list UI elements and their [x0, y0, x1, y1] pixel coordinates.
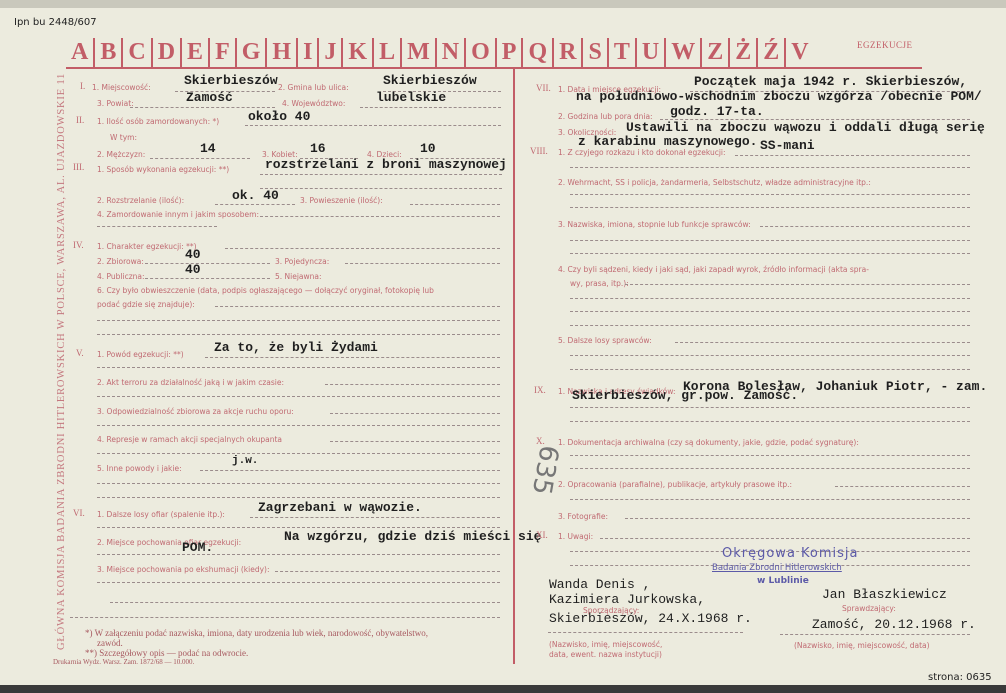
index-letter-15: P — [495, 38, 522, 68]
field-line — [570, 194, 970, 195]
field-line — [570, 167, 970, 168]
field-line — [145, 278, 270, 279]
field-line — [97, 483, 500, 484]
roman-III: III. — [73, 162, 84, 172]
roman-XI: XI. — [536, 530, 548, 540]
field-line — [130, 107, 275, 108]
field-line — [760, 226, 970, 227]
value-ilosc[interactable]: około 40 — [248, 109, 310, 124]
field-line — [835, 486, 970, 487]
value-inne-powody[interactable]: j.w. — [232, 455, 258, 467]
field-line — [97, 425, 500, 426]
index-letter-9: J — [317, 38, 341, 68]
label-obwieszczenie: 6. Czy było obwieszczenie (data, podpis … — [97, 286, 434, 295]
field-line — [245, 125, 501, 126]
field-line — [325, 384, 500, 385]
field-line — [97, 226, 217, 227]
label-ilosc: 1. Ilość osób zamordowanych: *) — [97, 117, 219, 126]
verifier-role: Sprawdzający: — [842, 604, 896, 613]
field-line — [215, 204, 295, 205]
value-powod[interactable]: Za to, że byli Żydami — [214, 340, 378, 355]
roman-IX: IX. — [534, 385, 546, 395]
stamp-line-1: Okręgowa Komisja — [722, 546, 859, 561]
label-represje: 4. Represje w ramach akcji specjalnych o… — [97, 435, 282, 444]
value-rozstrzelanie[interactable]: ok. 40 — [232, 188, 279, 203]
field-line — [110, 602, 500, 603]
value-data-miejsce-2[interactable]: na południowo-wschodnim zboczu wzgórza /… — [576, 89, 982, 104]
value-data-miejsce[interactable]: Początek maja 1942 r. Skierbieszów, — [694, 74, 967, 89]
field-line — [625, 284, 970, 285]
field-line — [330, 413, 500, 414]
column-divider — [513, 68, 515, 664]
roman-VIII: VIII. — [530, 146, 548, 156]
field-line — [570, 499, 970, 500]
field-line — [675, 342, 970, 343]
roman-VII: VII. — [536, 83, 551, 93]
field-line — [570, 369, 970, 370]
value-kobiet[interactable]: 16 — [310, 141, 326, 156]
value-dzieci[interactable]: 10 — [420, 141, 436, 156]
field-line — [570, 207, 970, 208]
label-ekshumacja: 3. Miejsce pochowania po ekshumacji (kie… — [97, 565, 270, 574]
field-line — [570, 311, 970, 312]
value-mezczyzn[interactable]: 14 — [200, 141, 216, 156]
index-letter-25: V — [784, 38, 813, 68]
label-zbiorowa: 2. Zbiorowa: — [97, 257, 144, 266]
verifier-caption: (Nazwisko, imię, miejscowość, data) — [794, 641, 930, 650]
value-powiat[interactable]: Zamość — [186, 90, 233, 105]
index-letter-3: D — [151, 38, 180, 68]
index-letter-23: Ż — [728, 38, 756, 68]
alphabet-index: ABCDEFGHIJKLMNOPQRSTUWZŻŹV — [66, 38, 814, 68]
field-line — [360, 107, 501, 108]
label-wojewodztwo: 4. Województwo: — [282, 99, 345, 108]
field-line — [600, 538, 970, 539]
footnote-1b: zawód. — [97, 638, 123, 648]
index-letter-2: C — [121, 38, 150, 68]
field-line — [570, 421, 970, 422]
preparer-caption-2: data, ewent. nazwa instytucji) — [549, 650, 662, 659]
field-line — [570, 455, 970, 456]
label-miejsce-pochowania: 2. Miejsce pochowania ofiar egzekucji: — [97, 538, 241, 547]
value-losy-ofiar[interactable]: Zagrzebani w wąwozie. — [258, 500, 422, 515]
label-w-tym: W tym: — [110, 133, 137, 142]
label-powieszenie: 3. Powieszenie (ilość): — [300, 196, 383, 205]
index-letter-10: K — [341, 38, 372, 68]
label-niejawna: 5. Niejawna: — [275, 272, 322, 281]
field-line — [215, 306, 500, 307]
index-letter-7: H — [265, 38, 296, 68]
value-zbiorowa[interactable]: 40 — [185, 247, 201, 262]
label-pojedyncza: 3. Pojedyncza: — [275, 257, 329, 266]
field-line — [200, 470, 500, 471]
signature-line — [780, 634, 970, 635]
verifier-place-date: Zamość, 20.12.1968 r. — [812, 617, 976, 632]
field-line — [410, 204, 500, 205]
value-gmina[interactable]: Skierbieszów — [383, 73, 477, 88]
value-wojewodztwo[interactable]: lubelskie — [376, 90, 446, 105]
field-line — [260, 174, 502, 175]
preparer-place-date: Skierbieszów, 24.X.1968 r. — [549, 611, 752, 626]
field-line — [345, 263, 500, 264]
form-title: EGZEKUCJE — [857, 40, 913, 50]
index-letter-20: U — [635, 38, 664, 68]
field-line — [570, 240, 970, 241]
verifier-name: Jan Błaszkiewicz — [822, 587, 947, 602]
field-line — [97, 453, 500, 454]
label-zamordowanie: 4. Zamordowanie innym i jakim sposobem: — [97, 210, 259, 219]
index-letter-1: B — [93, 38, 121, 68]
field-line — [97, 367, 500, 368]
index-letter-19: T — [607, 38, 635, 68]
roman-I: I. — [80, 81, 85, 91]
value-okolicznosci-2[interactable]: z karabinu maszynowego. — [578, 134, 757, 149]
page-number: strona: 0635 — [928, 672, 992, 683]
value-sposob[interactable]: rozstrzelani z broni maszynowej — [265, 157, 507, 172]
bottom-edge — [0, 685, 1006, 693]
field-line — [275, 571, 500, 572]
index-letter-12: M — [400, 38, 435, 68]
value-godzina[interactable]: godz. 17-ta. — [670, 104, 764, 119]
value-rozkaz[interactable]: SS-mani — [760, 138, 815, 153]
index-letter-18: S — [581, 38, 606, 68]
field-line — [97, 320, 500, 321]
field-line — [150, 158, 250, 159]
label-miejscowosc: 1. Miejscowość: — [92, 83, 151, 92]
form-sheet — [0, 8, 1006, 685]
index-letter-24: Ź — [756, 38, 784, 68]
label-mezczyzn: 2. Mężczyzn: — [97, 150, 145, 159]
label-sadzeni: 4. Czy byli sądzeni, kiedy i jaki sąd, j… — [558, 265, 869, 274]
field-line — [570, 298, 970, 299]
field-line — [735, 155, 970, 156]
field-line — [570, 355, 970, 356]
roman-V: V. — [76, 348, 84, 358]
index-letter-5: F — [208, 38, 235, 68]
index-letter-14: O — [464, 38, 495, 68]
top-edge — [0, 0, 1006, 8]
label-fotografie: 3. Fotografie: — [558, 512, 608, 521]
field-line — [70, 617, 500, 618]
label-akt-terroru: 2. Akt terroru za działalność jaką i w j… — [97, 378, 284, 387]
archive-reference: Ipn bu 2448/607 — [14, 17, 97, 28]
roman-VI: VI. — [73, 508, 85, 518]
index-letter-22: Z — [700, 38, 728, 68]
label-formacje: 2. Wehrmacht, SS i policja, żandarmeria,… — [558, 178, 871, 187]
value-miejsce-pochowania-2[interactable]: POM. — [182, 540, 213, 555]
index-letter-11: L — [372, 38, 400, 68]
value-publiczna[interactable]: 40 — [185, 262, 201, 277]
field-line — [570, 253, 970, 254]
roman-IV: IV. — [73, 240, 84, 250]
label-rozkaz: 1. Z czyjego rozkazu i kto dokonał egzek… — [558, 148, 726, 157]
field-line — [97, 396, 500, 397]
label-opracowania: 2. Opracowania (parafialne), publikacje,… — [558, 480, 792, 489]
value-miejsce-pochowania[interactable]: Na wzgórzu, gdzie dziś mieści się — [284, 529, 541, 544]
field-line — [97, 582, 500, 583]
label-inne-powody: 5. Inne powody i jakie: — [97, 464, 182, 473]
field-line — [97, 497, 500, 498]
printer-note: Drukarnia Wydz. Warsz. Zam. 1872/68 — 10… — [53, 658, 194, 666]
label-charakter: 1. Charakter egzekucji: **) — [97, 242, 197, 251]
field-line — [250, 517, 500, 518]
label-sposob: 1. Sposób wykonania egzekucji: **) — [97, 165, 229, 174]
label-sadzeni-2: wy, prasa, itp.): — [570, 279, 629, 288]
stamp-line-3: w Lublinie — [757, 576, 809, 586]
field-line — [260, 216, 500, 217]
field-line — [225, 248, 500, 249]
signature-line — [548, 632, 743, 633]
footnote-2: **) Szczegółowy opis — podać na odwrocie… — [85, 648, 248, 658]
index-letter-13: N — [435, 38, 464, 68]
index-letter-8: I — [296, 38, 317, 68]
label-gmina: 2. Gmina lub ulica: — [278, 83, 349, 92]
footnote-1: *) W załączeniu podać nazwiska, imiona, … — [85, 628, 428, 638]
field-line — [625, 518, 970, 519]
index-letter-21: W — [664, 38, 700, 68]
label-obwieszczenie-2: podać gdzie się znajduje): — [97, 300, 195, 309]
index-letter-4: E — [180, 38, 208, 68]
value-swiadkowie-2[interactable]: Skierbieszów, gr.pow. Zamość. — [572, 388, 798, 403]
roman-II: II. — [76, 115, 84, 125]
value-okolicznosci[interactable]: Ustawili na zboczu wąwozu i oddali długą… — [626, 120, 985, 135]
label-losy-ofiar: 1. Dalsze losy ofiar (spalenie itp.): — [97, 510, 225, 519]
label-dokumentacja: 1. Dokumentacja archiwalna (czy są dokum… — [558, 438, 859, 447]
label-odpowiedzialnosc: 3. Odpowiedzialność zbiorowa za akcje ru… — [97, 407, 294, 416]
field-line — [260, 188, 502, 189]
index-letter-6: G — [235, 38, 266, 68]
alphabet-rule — [66, 67, 922, 69]
field-line — [205, 357, 500, 358]
side-imprint: GŁÓWNA KOMISJA BADANIA ZBRODNI HITLEROWS… — [56, 73, 67, 650]
field-line — [145, 263, 270, 264]
label-powiat: 3. Powiat: — [97, 99, 134, 108]
preparer-caption-1: (Nazwisko, imię, miejscowość, — [549, 640, 662, 649]
preparer-name-1: Wanda Denis , — [549, 577, 650, 592]
label-losy-sprawcow: 5. Dalsze losy sprawców: — [558, 336, 652, 345]
value-miejscowosc[interactable]: Skierbieszów — [184, 73, 278, 88]
preparer-name-2: Kazimiera Jurkowska, — [549, 592, 705, 607]
field-line — [97, 527, 500, 528]
label-rozstrzelanie: 2. Rozstrzelanie (ilość): — [97, 196, 184, 205]
field-line — [570, 325, 970, 326]
stamp-line-2: Badania Zbrodni Hitlerowskich — [712, 563, 842, 573]
label-uwagi: 1. Uwagi: — [558, 532, 593, 541]
field-line — [97, 334, 500, 335]
label-nazwiska-sprawcow: 3. Nazwiska, imiona, stopnie lub funkcje… — [558, 220, 751, 229]
label-powod: 1. Powód egzekucji: **) — [97, 350, 184, 359]
field-line — [570, 407, 970, 408]
index-letter-0: A — [66, 38, 93, 68]
roman-X: X. — [536, 436, 545, 446]
index-letter-16: Q — [521, 38, 552, 68]
field-line — [97, 554, 500, 555]
field-line — [330, 441, 500, 442]
index-letter-17: R — [552, 38, 581, 68]
label-publiczna: 4. Publiczna: — [97, 272, 145, 281]
field-line — [570, 468, 970, 469]
